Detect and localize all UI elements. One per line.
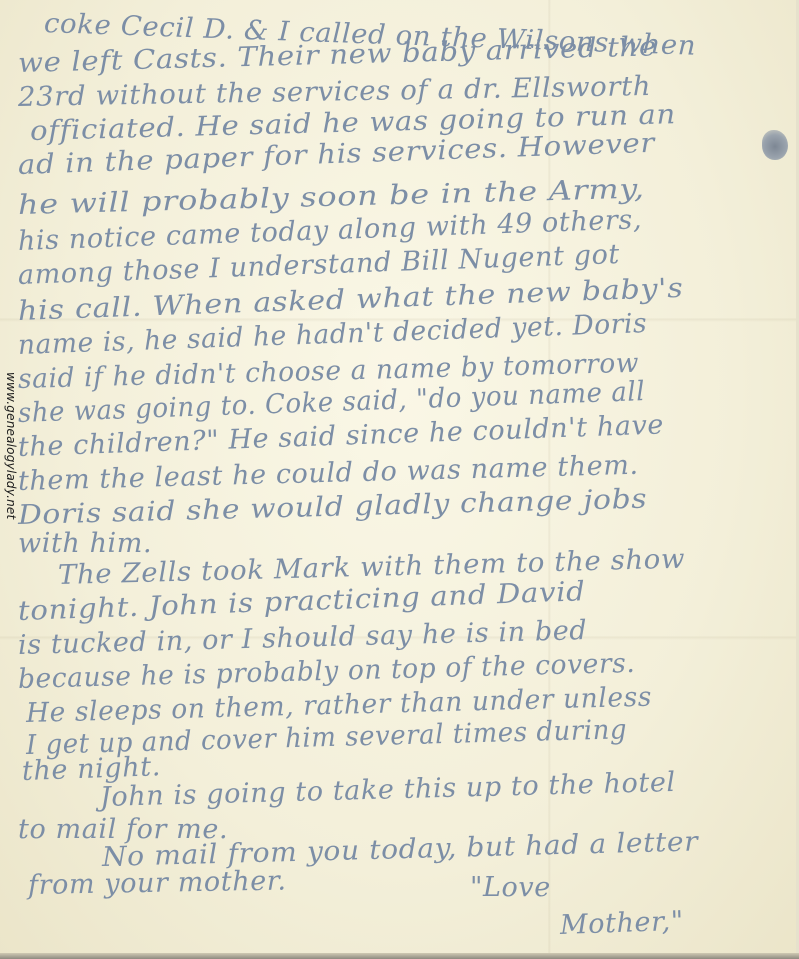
letter-line: with him. [18, 528, 152, 559]
letter-signature: Mother," [559, 906, 684, 941]
letter-line: John is going to take this up to the hot… [100, 767, 676, 813]
letter-body: coke Cecil D. & I called on the Wilsons … [0, 0, 799, 959]
letter-closing: "Love [470, 872, 551, 903]
letter-page: www.genealogylady.net coke Cecil D. & I … [0, 0, 799, 959]
letter-line: from your mother. [28, 865, 287, 901]
